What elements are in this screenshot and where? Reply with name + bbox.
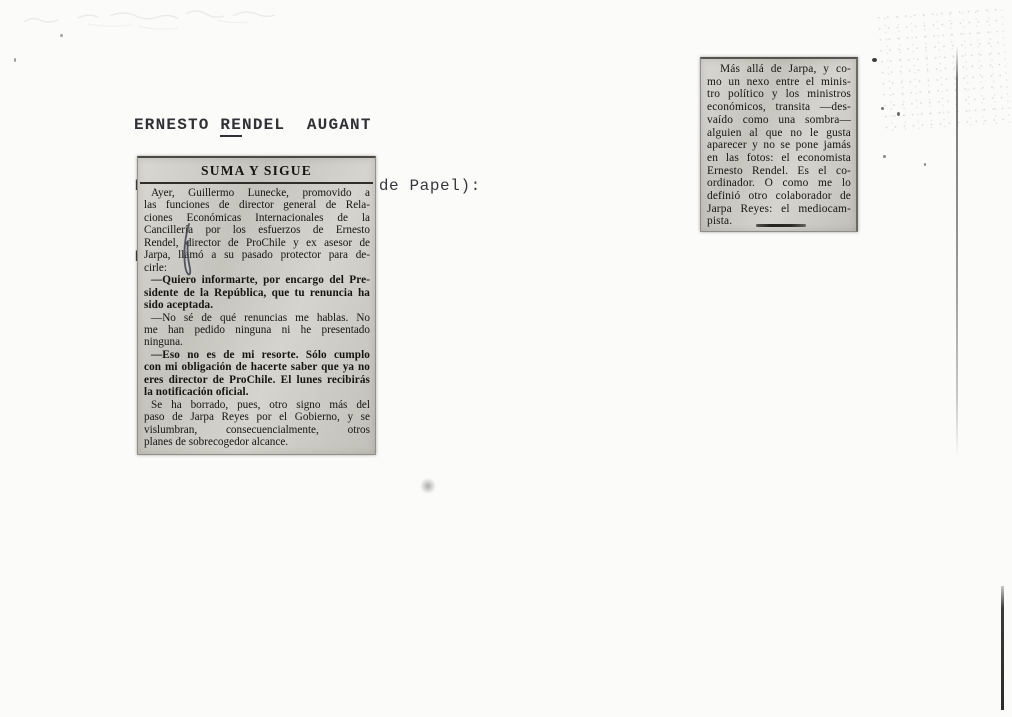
- clipping-line: definió otro colaborador de: [707, 190, 851, 203]
- scan-noise-patch: [874, 4, 1012, 133]
- clipping-line: paso de Jarpa Reyes por el Gobierno, y s…: [144, 411, 370, 423]
- clipping-paragraph: —No sé de qué renuncias me hablas. Nome …: [144, 312, 370, 349]
- clipping-line: vislumbran, consecuencialmente, otros: [144, 424, 370, 436]
- clipping-line: mo un nexo entre el minis-: [707, 76, 851, 89]
- clipping-line: sido aceptada.: [144, 299, 370, 311]
- page-edge-line: [1001, 586, 1004, 710]
- typed-name-part1: ERNESTO: [134, 116, 220, 134]
- ink-speck: [897, 112, 900, 116]
- clipping-line: ninguna.: [144, 336, 370, 348]
- clipping-paragraph: Más allá de Jarpa, y co-mo un nexo entre…: [707, 63, 851, 228]
- clipping-line: la notificación oficial.: [144, 386, 370, 398]
- clipping-line: en las fotos: el economista: [707, 152, 851, 165]
- clipping-line: Se ha borrado, pues, otro signo más del: [144, 399, 370, 411]
- clipping-line: ordinador. O como me lo: [707, 177, 851, 190]
- clipping-line: con mi obligación de hacerte saber que y…: [144, 361, 370, 373]
- pen-mark: [176, 220, 200, 284]
- clipping-line: aparecer y no se pone jamás: [707, 139, 851, 152]
- ink-speck: [872, 58, 877, 62]
- end-rule-mark: [756, 224, 806, 227]
- clipping-line: planes de sobrecogedor alcance.: [144, 436, 370, 448]
- ink-speck: [924, 163, 926, 166]
- scanned-page: ERNESTO RENDEL AUGANT LUN 18-4-84 (El Bi…: [0, 0, 1012, 717]
- clipping-line: las funciones de director general de Rel…: [144, 199, 370, 211]
- clipping-line: tro político y los ministros: [707, 88, 851, 101]
- clipping-line: Jarpa Reyes: el mediocam-: [707, 203, 851, 216]
- scan-fold-line: [956, 46, 958, 458]
- right-clipping-body: Más allá de Jarpa, y co-mo un nexo entre…: [701, 59, 856, 228]
- right-newspaper-clipping: Más allá de Jarpa, y co-mo un nexo entre…: [700, 57, 858, 232]
- ink-speck: [883, 155, 886, 158]
- ink-speck: [14, 58, 16, 62]
- clipping-line: alguien al que no le gusta: [707, 127, 851, 140]
- clipping-line: eres director de ProChile. El lunes reci…: [144, 374, 370, 386]
- clipping-line: Ernesto Rendel. Es el co-: [707, 165, 851, 178]
- clipping-line: vaído como una sombra—: [707, 114, 851, 127]
- left-newspaper-clipping: SUMA Y SIGUE Ayer, Guillermo Lunecke, pr…: [137, 156, 376, 455]
- clipping-paragraph: —Eso no es de mi resorte. Sólo cumplocon…: [144, 349, 370, 399]
- paper-smudge: [420, 478, 436, 494]
- clipping-headline: SUMA Y SIGUE: [140, 159, 373, 184]
- ink-speck: [60, 34, 63, 37]
- clipping-line: sidente de la República, que tu renuncia…: [144, 287, 370, 299]
- left-clipping-body: Ayer, Guillermo Lunecke, promovido alas …: [138, 184, 375, 449]
- clipping-line: económicos, transita —des-: [707, 101, 851, 114]
- clipping-line: me han pedido ninguna ni he presentado: [144, 324, 370, 336]
- typed-name-underlined: RE: [220, 116, 242, 137]
- clipping-line: Más allá de Jarpa, y co-: [707, 63, 851, 76]
- clipping-line: Ayer, Guillermo Lunecke, promovido a: [144, 187, 370, 199]
- typed-name-line: ERNESTO RENDEL AUGANT: [134, 116, 481, 134]
- ink-speck: [881, 107, 884, 110]
- typed-name-part3: NDEL AUGANT: [242, 116, 372, 134]
- clipping-line: —No sé de qué renuncias me hablas. No: [144, 312, 370, 324]
- clipping-line: —Eso no es de mi resorte. Sólo cumplo: [144, 349, 370, 361]
- clipping-paragraph: Se ha borrado, pues, otro signo más delp…: [144, 399, 370, 449]
